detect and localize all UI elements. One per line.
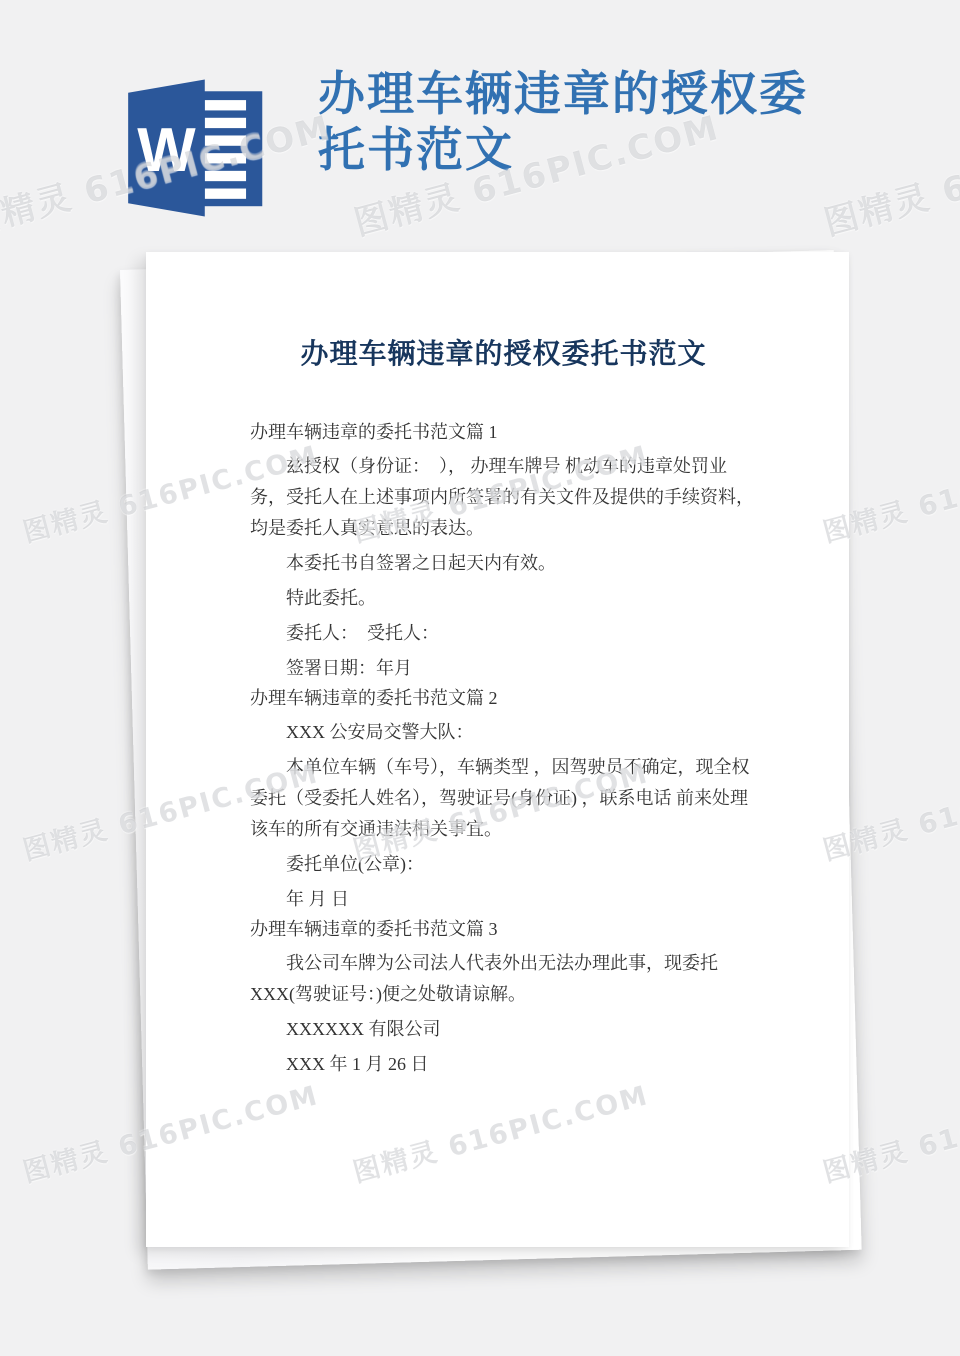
- paragraph: 本单位车辆（车号），车辆类型 ，因驾驶员不确定，现全权委托（受委托人姓名），驾驶…: [250, 752, 757, 845]
- paragraph: XXXXXX 有限公司: [250, 1014, 757, 1045]
- paragraph: 委托人： 受托人：: [250, 618, 757, 649]
- paragraph: 委托单位(公章)：: [250, 849, 757, 880]
- paragraph: 签署日期：年月: [250, 653, 757, 684]
- page-title: 办理车辆违章的授权委托书范文: [318, 66, 850, 178]
- paragraph: 本委托书自签署之日起天内有效。: [250, 548, 757, 579]
- paragraph: 我公司车牌为公司法人代表外出无法办理此事，现委托 XXX(驾驶证号：)便之处敬请…: [250, 948, 757, 1010]
- paragraph: XXX 年 1 月 26 日: [250, 1049, 757, 1080]
- paragraph: XXX 公安局交警大队：: [250, 717, 757, 748]
- section-heading: 办理车辆违章的委托书范文篇 2: [250, 683, 757, 714]
- document-title: 办理车辆违章的授权委托书范文: [250, 338, 757, 370]
- paragraph: 特此委托。: [250, 583, 757, 614]
- word-icon-letter: W: [137, 116, 196, 185]
- header: W 办理车辆违章的授权委托书范文: [0, 0, 960, 240]
- word-file-icon: W: [118, 78, 268, 218]
- paper-sheet: 办理车辆违章的授权委托书范文 办理车辆违章的委托书范文篇 1兹授权（身份证： ）…: [146, 252, 849, 1247]
- page: W 办理车辆违章的授权委托书范文 办理车辆违章的授权委托书范文 办理车辆违章的委…: [0, 0, 960, 1356]
- section-heading: 办理车辆违章的委托书范文篇 1: [250, 417, 757, 448]
- paragraph: 兹授权（身份证： ）， 办理车牌号 机动车的违章处罚业务，受托人在上述事项内所签…: [250, 451, 757, 544]
- document-body: 办理车辆违章的委托书范文篇 1兹授权（身份证： ）， 办理车牌号 机动车的违章处…: [250, 417, 757, 1080]
- paragraph: 年 月 日: [250, 884, 757, 915]
- section-heading: 办理车辆违章的委托书范文篇 3: [250, 914, 757, 945]
